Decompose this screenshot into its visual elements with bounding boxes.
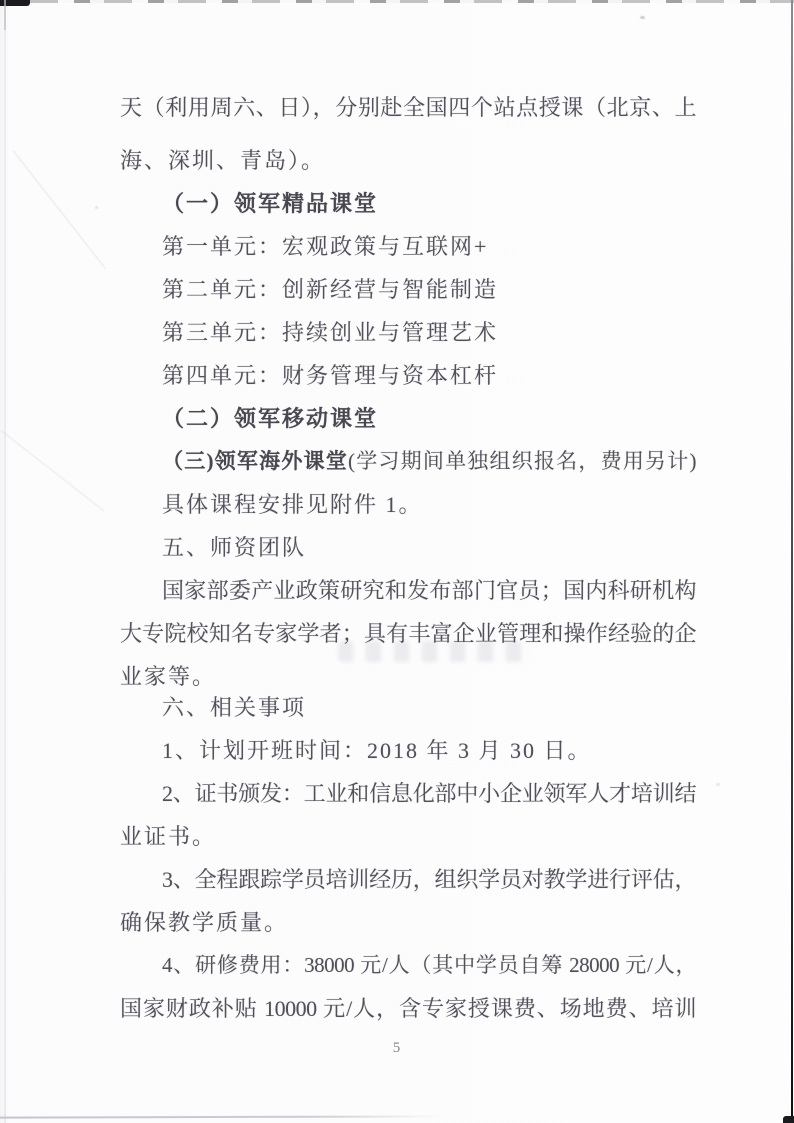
unit-line-1: 第一单元：宏观政策与互联网+ <box>120 225 696 268</box>
faculty-body-line: 大专院校知名专家学者；具有丰富企业管理和操作经验的企 <box>120 612 696 655</box>
paper-crease-mark <box>1 430 105 512</box>
unit-line-3: 第三单元：持续创业与管理艺术 <box>120 311 696 354</box>
item-fee-line: 4、研修费用：38000 元/人（其中学员自筹 28000 元/人， <box>120 944 696 987</box>
page-number: 5 <box>0 1040 794 1057</box>
overseas-classroom-note: (学习期间单独组织报名，费用另计) <box>348 449 696 473</box>
scan-speck <box>640 16 645 19</box>
scan-speck <box>716 783 720 786</box>
left-scan-line-artifact <box>4 0 6 1123</box>
item-fee-line: 国家财政补贴 10000 元/人，含专家授课费、场地费、培训 <box>120 987 696 1030</box>
bottom-scan-line-artifact <box>0 1115 446 1118</box>
unit-line-4: 第四单元：财务管理与资本杠杆 <box>120 354 696 397</box>
overseas-classroom-title: （三)领军海外课堂 <box>162 449 348 473</box>
faculty-body-line: 国家部委产业政策研究和发布部门官员；国内科研机构 <box>120 569 696 612</box>
heading-faculty-team: 五、师资团队 <box>120 526 696 569</box>
item-start-date-line: 1、计划开班时间：2018 年 3 月 30 日。 <box>120 729 696 772</box>
item-tracking-line: 确保教学质量。 <box>120 901 696 944</box>
item-tracking-line: 3、全程跟踪学员培训经历，组织学员对教学进行评估， <box>120 858 696 901</box>
paper-crease-mark <box>12 150 106 269</box>
schedule-note-line: 具体课程安排见附件 1。 <box>120 483 696 526</box>
heading-boutique-classroom: （一）领军精品课堂 <box>120 182 696 225</box>
heading-overseas-classroom: （三)领军海外课堂(学习期间单独组织报名，费用另计) <box>120 440 696 483</box>
continuation-paragraph-line: 海、深圳、青岛）。 <box>120 139 696 182</box>
document-body: 天（利用周六、日），分别赴全国四个站点授课（北京、上 海、深圳、青岛）。 （一）… <box>120 86 696 1030</box>
item-certificate-line: 业证书。 <box>120 815 696 858</box>
heading-mobile-classroom: （二）领军移动课堂 <box>120 397 696 440</box>
heading-related-matters: 六、相关事项 <box>120 686 696 729</box>
continuation-paragraph-line: 天（利用周六、日），分别赴全国四个站点授课（北京、上 <box>120 86 696 129</box>
scanned-document-page: 天（利用周六、日），分别赴全国四个站点授课（北京、上 海、深圳、青岛）。 （一）… <box>0 0 794 1123</box>
item-certificate-line: 2、证书颁发：工业和信息化部中小企业领军人才培训结 <box>120 772 696 815</box>
scan-speck <box>95 206 98 209</box>
right-scan-line-artifact <box>791 0 793 1123</box>
unit-line-2: 第二单元：创新经营与智能制造 <box>120 268 696 311</box>
bottom-right-corner-scan-mark <box>783 1116 794 1123</box>
top-scan-edge-artifact <box>0 0 794 3</box>
